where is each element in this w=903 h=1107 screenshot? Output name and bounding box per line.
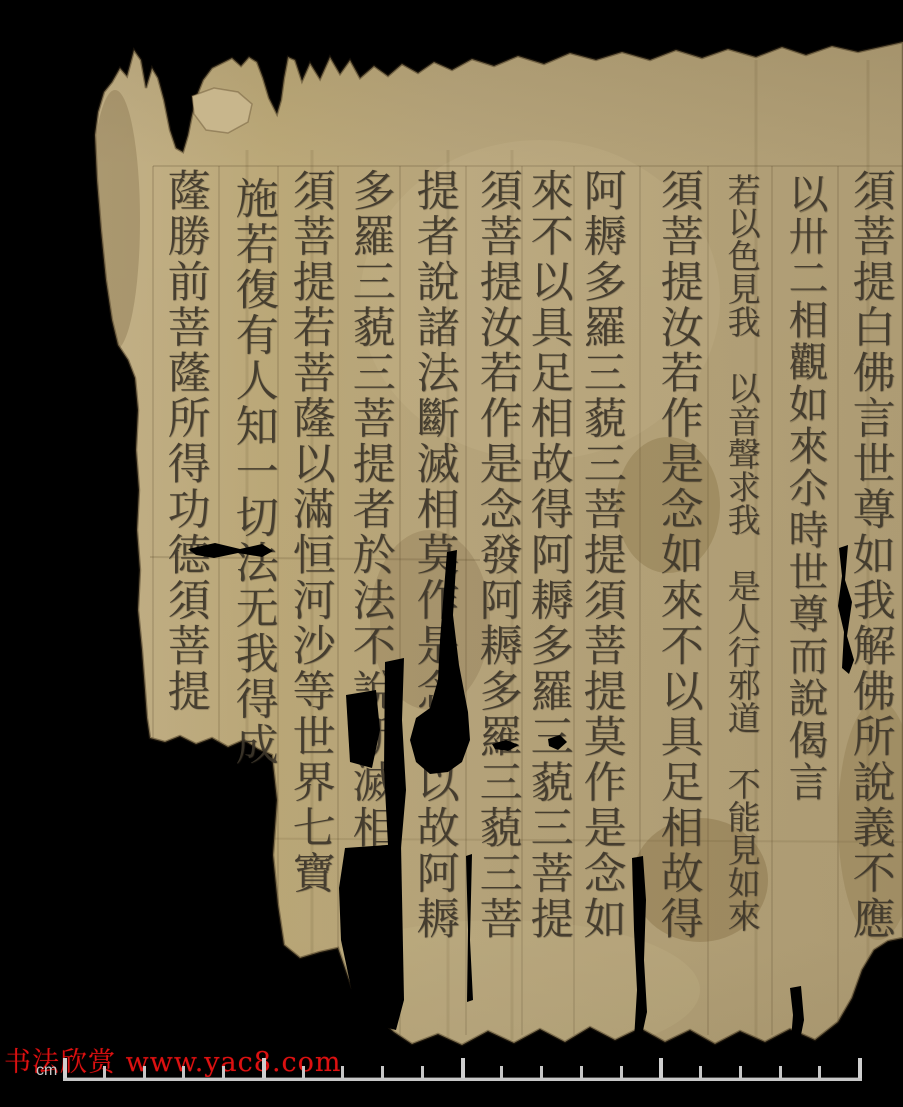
text-column-12: 蕯勝前菩蕯所得功德須菩提	[159, 168, 211, 714]
text-column-11: 施若復有人知一切法无我得成	[227, 176, 279, 768]
ruler-tick	[818, 1066, 821, 1078]
text-column-7: 須菩提汝若作是念發阿耨多羅三藐三菩	[471, 168, 523, 942]
ruler-tick	[779, 1066, 782, 1078]
ruler-tick	[341, 1066, 344, 1078]
ruler-tick	[381, 1066, 384, 1078]
sutra-text-block: 須菩提白佛言世尊如我解佛所說義不應 以卅二相觀如來尒時世尊而說偈言 若以色見我 …	[0, 0, 903, 1107]
manuscript-photo: 須菩提白佛言世尊如我解佛所說義不應 以卅二相觀如來尒時世尊而說偈言 若以色見我 …	[0, 0, 903, 1107]
ruler-tick	[421, 1066, 424, 1078]
ruler-tick	[262, 1058, 266, 1078]
ruler-tick	[858, 1058, 862, 1078]
text-column-8: 提者說諸法斷滅相莫作是念何以故阿耨	[408, 168, 460, 942]
ruler-tick	[500, 1066, 503, 1078]
text-column-4: 須菩提汝若作是念如來不以具足相故得	[652, 168, 704, 942]
text-column-6: 來不以具足相故得阿耨多羅三藐三菩提	[522, 168, 574, 942]
ruler-tick	[540, 1066, 543, 1078]
text-column-3: 若以色見我 以音聲求我 是人行邪道 不能見如來	[722, 173, 762, 932]
text-column-10: 須菩提若菩蕯以滿恒河沙等世界七寶	[284, 168, 336, 896]
ruler-tick	[302, 1066, 305, 1078]
ruler-tick	[63, 1058, 67, 1078]
text-column-1: 須菩提白佛言世尊如我解佛所說義不應	[844, 168, 896, 942]
cm-ruler	[63, 1056, 862, 1082]
ruler-tick	[222, 1066, 225, 1078]
text-column-2: 以卅二相觀如來尒時世尊而說偈言	[781, 173, 829, 803]
ruler-tick	[580, 1066, 583, 1078]
ruler-tick	[699, 1066, 702, 1078]
ruler-tick	[143, 1066, 146, 1078]
ruler-tick	[182, 1066, 185, 1078]
ruler-tick	[103, 1066, 106, 1078]
ruler-tick	[620, 1066, 623, 1078]
ruler-tick	[739, 1066, 742, 1078]
ruler-unit-label: cm	[36, 1062, 57, 1080]
ruler-tick	[659, 1058, 663, 1078]
text-column-9: 多羅三藐三菩提者於法不說斷滅相	[344, 168, 396, 851]
ruler-tick	[461, 1058, 465, 1078]
text-column-5: 阿耨多羅三藐三菩提須菩提莫作是念如	[575, 168, 627, 942]
